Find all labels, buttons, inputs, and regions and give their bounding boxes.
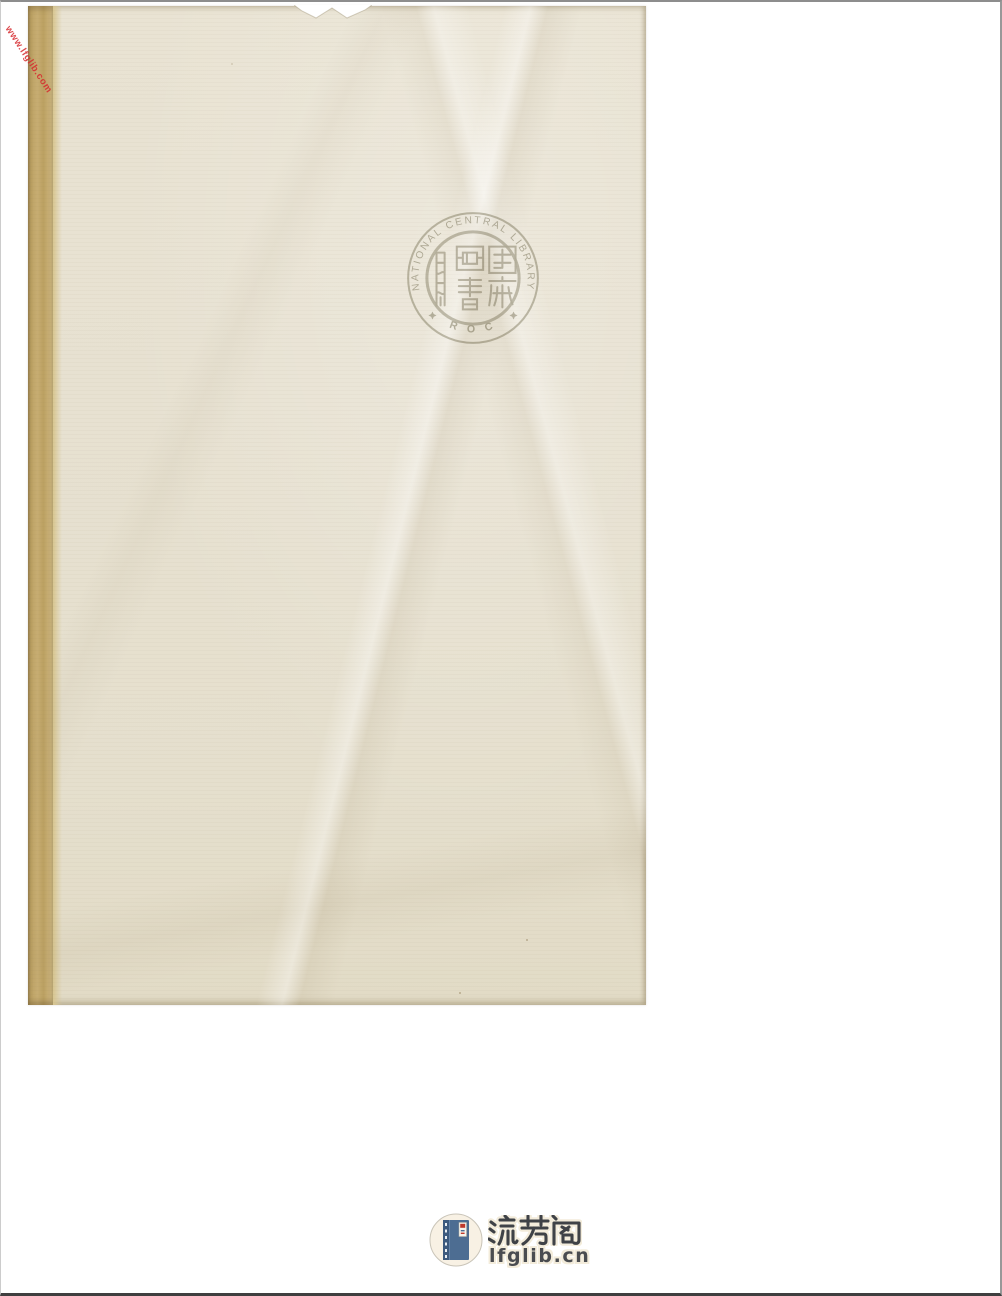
binding-fade xyxy=(53,6,62,1005)
paper-texture xyxy=(28,6,646,1005)
binding-strip xyxy=(28,6,53,1005)
stamp-seal-characters xyxy=(437,247,516,310)
dust-speck xyxy=(231,63,233,65)
scan-viewer: NATIONAL CENTRAL LIBRARY R O C xyxy=(0,0,1002,1296)
stamp-roc-text: R O C xyxy=(448,319,498,336)
chinese-book-icon xyxy=(429,1213,483,1267)
library-stamp: NATIONAL CENTRAL LIBRARY R O C xyxy=(397,202,549,354)
site-watermark-text: lfglib.cn xyxy=(488,1215,590,1266)
site-name-calligraphy xyxy=(488,1215,582,1246)
scanned-page: NATIONAL CENTRAL LIBRARY R O C xyxy=(28,6,646,1005)
torn-edge xyxy=(294,5,372,22)
site-watermark: lfglib.cn xyxy=(429,1213,590,1267)
site-url: lfglib.cn xyxy=(489,1247,590,1266)
dust-speck xyxy=(459,992,461,994)
dust-speck xyxy=(526,939,528,941)
paper-creases xyxy=(28,6,646,1005)
